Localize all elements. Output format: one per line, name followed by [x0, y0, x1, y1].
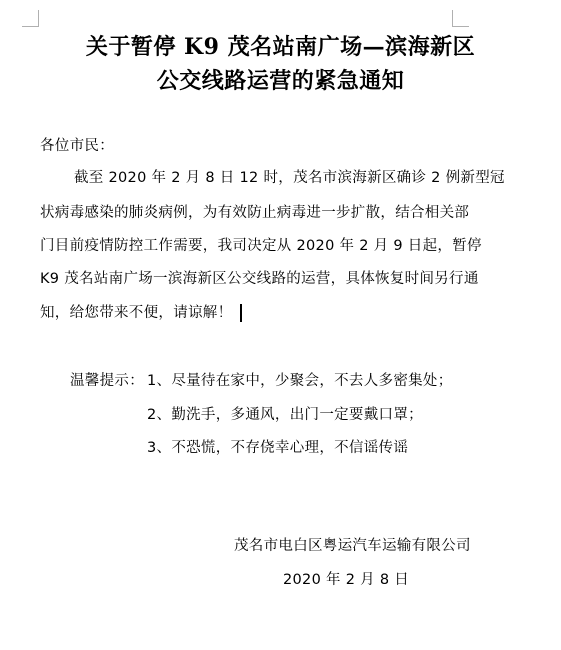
tip-item-3: 3、不恐慌，不存侥幸心理，不信谣传谣: [147, 436, 408, 457]
document-title-line-1: 关于暂停 K9 茂名站南广场—滨海新区: [0, 30, 561, 61]
page-margin-corner-top-left: [22, 10, 39, 27]
body-line-5-text: 知，给您带来不便，请谅解！: [40, 305, 232, 321]
document-title-line-2: 公交线路运营的紧急通知: [0, 64, 561, 95]
salutation: 各位市民：: [40, 134, 114, 155]
body-line-1: 截至 2020 年 2 月 8 日 12 时，茂名市滨海新区确诊 2 例新型冠: [74, 166, 505, 187]
signature: 茂名市电白区粤运汽车运输有限公司: [234, 534, 471, 555]
tips-label: 温馨提示：: [70, 369, 144, 390]
tip-item-2: 2、勤洗手，多通风，出门一定要戴口罩；: [147, 403, 423, 424]
body-line-3: 门目前疫情防控工作需要，我司决定从 2020 年 2 月 9 日起，暂停: [40, 234, 482, 255]
body-line-5[interactable]: 知，给您带来不便，请谅解！: [40, 301, 242, 322]
text-cursor: [240, 304, 242, 322]
body-line-2: 状病毒感染的肺炎病例，为有效防止病毒进一步扩散，结合相关部: [40, 201, 469, 222]
tip-item-1: 1、尽量待在家中，少聚会，不去人多密集处；: [147, 369, 453, 390]
document-date: 2020 年 2 月 8 日: [283, 568, 409, 589]
page-margin-corner-top-right: [452, 10, 469, 27]
body-line-4: K9 茂名站南广场一滨海新区公交线路的运营，具体恢复时间另行通: [40, 267, 479, 288]
